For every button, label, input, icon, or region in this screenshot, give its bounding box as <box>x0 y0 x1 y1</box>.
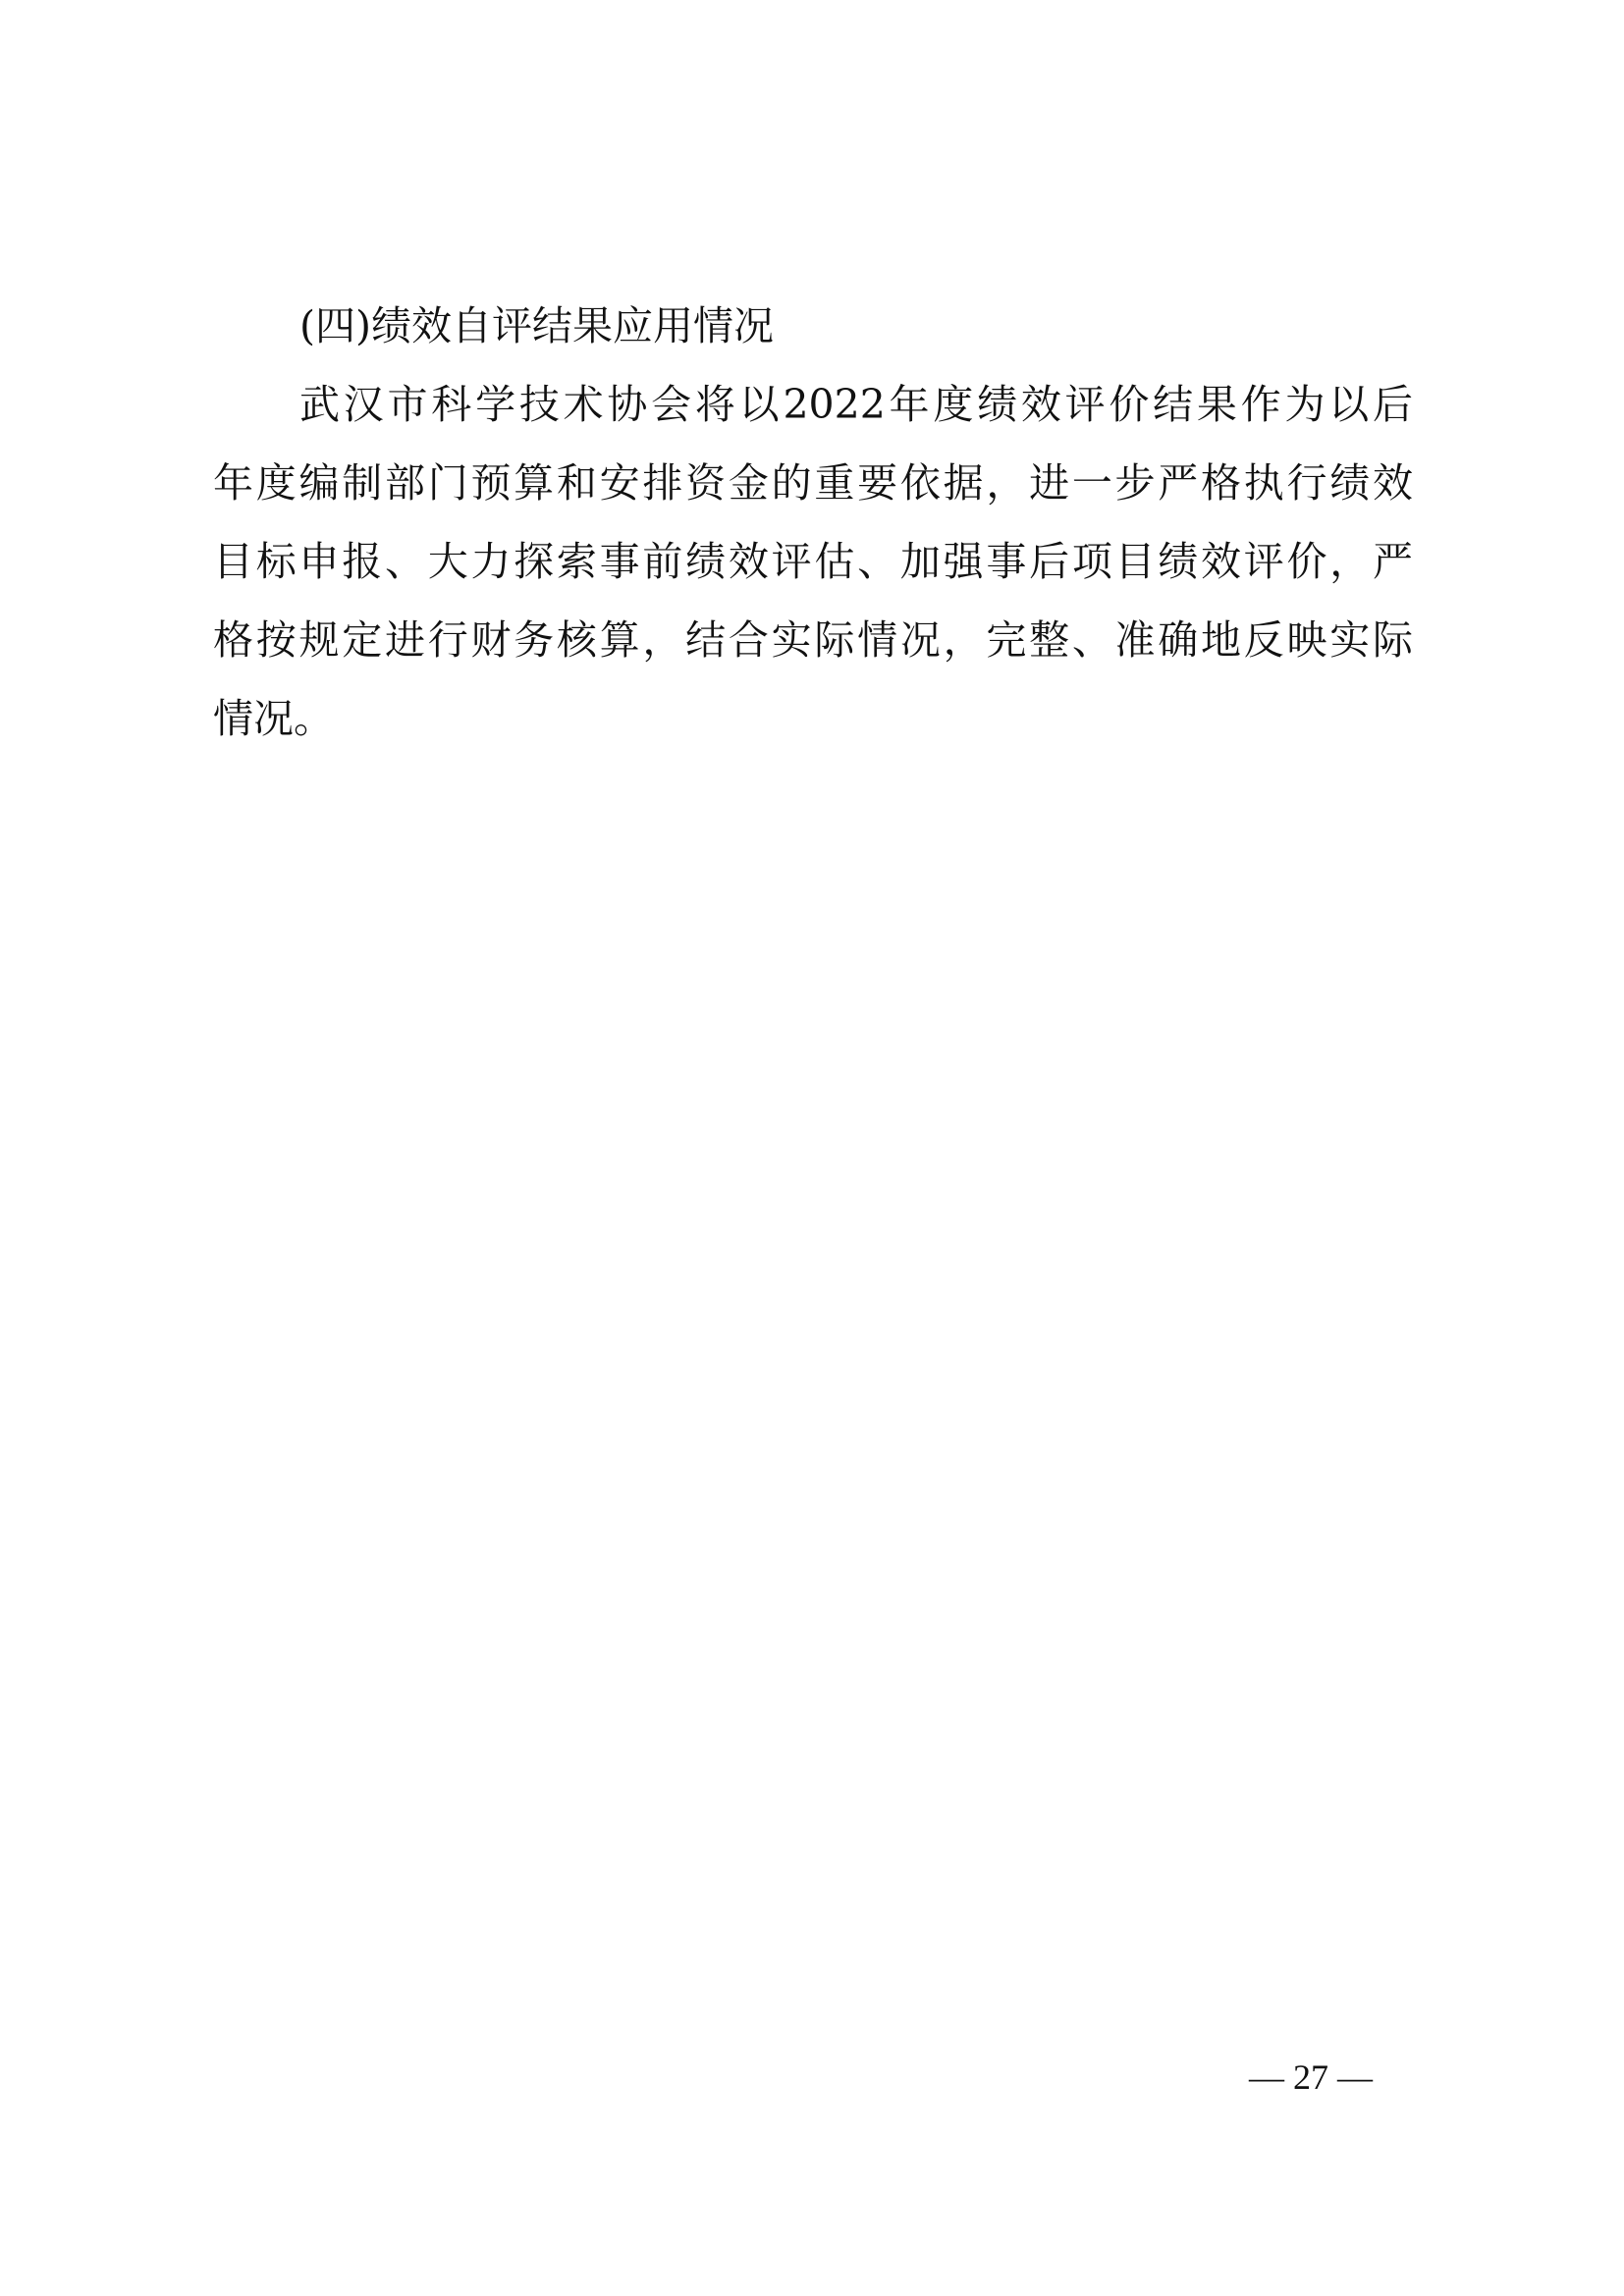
text-block: (四)绩效自评结果应用情况 武汉市科学技术协会将以2022年度绩效评价结果作为以… <box>213 287 1413 758</box>
document-page: (四)绩效自评结果应用情况 武汉市科学技术协会将以2022年度绩效评价结果作为以… <box>0 0 1624 2296</box>
paragraph-line: 年度编制部门预算和安排资金的重要依据，进一步严格执行绩效 <box>213 444 1413 522</box>
page-number: — 27 — <box>1237 2056 1384 2098</box>
body-paragraph: 武汉市科学技术协会将以2022年度绩效评价结果作为以后 年度编制部门预算和安排资… <box>213 365 1413 758</box>
paragraph-line: 武汉市科学技术协会将以2022年度绩效评价结果作为以后 <box>213 365 1413 444</box>
paragraph-line: 目标申报、大力探索事前绩效评估、加强事后项目绩效评价，严 <box>213 522 1413 601</box>
paragraph-line: 情况。 <box>213 679 1413 758</box>
paragraph-line: 格按规定进行财务核算，结合实际情况，完整、准确地反映实际 <box>213 601 1413 679</box>
section-heading: (四)绩效自评结果应用情况 <box>213 287 1413 365</box>
